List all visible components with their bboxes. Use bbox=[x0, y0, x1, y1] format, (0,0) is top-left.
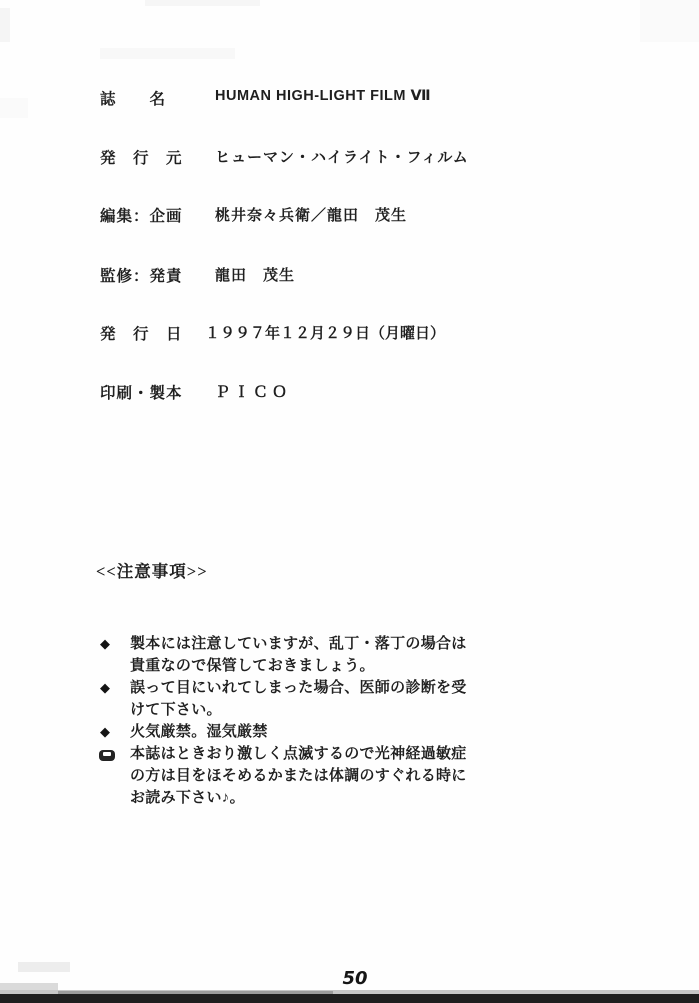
list-item: 本誌はときおり激しく点滅するので光神経過敏症 の方は目をほそめるかまたは体調のす… bbox=[130, 743, 475, 809]
field-value-supervisor: 龍田 茂生 bbox=[215, 264, 295, 285]
scan-artifact bbox=[18, 962, 70, 972]
colophon-row-editors: 編集：企画 桃井奈々兵衛／龍田 茂生 bbox=[0, 204, 699, 224]
note-text: の方は目をほそめるかまたは体調のすぐれる時に bbox=[130, 765, 475, 787]
note-text: お読み下さい♪。 bbox=[130, 787, 475, 809]
diamond-bullet-icon: ◆ bbox=[100, 724, 110, 740]
scan-edge-black-bar bbox=[0, 994, 699, 1003]
page-number: 50 bbox=[320, 968, 390, 989]
eye-icon-slot bbox=[103, 752, 111, 756]
list-item: ◆ 火気厳禁。湿気厳禁 bbox=[130, 721, 475, 743]
note-text: 貴重なので保管しておきましょう。 bbox=[130, 655, 475, 677]
diamond-bullet-icon: ◆ bbox=[100, 636, 110, 652]
note-text: 火気厳禁。湿気厳禁 bbox=[130, 721, 475, 743]
notes-heading: <<注意事項>> bbox=[96, 558, 208, 582]
field-value-magazine-title: HUMAN HIGH-LIGHT FILM Ⅶ bbox=[215, 88, 431, 104]
notes-list: ◆ 製本には注意していますが、乱丁・落丁の場合は 貴重なので保管しておきましょう… bbox=[130, 633, 475, 809]
colophon-row-supervisor: 監修：発責 龍田 茂生 bbox=[0, 264, 699, 284]
field-label: 発 行 日 bbox=[100, 322, 183, 344]
scan-artifact bbox=[0, 8, 10, 42]
scan-artifact bbox=[100, 48, 235, 59]
field-value-printer: ＰＩＣＯ bbox=[215, 381, 291, 402]
field-label: 監修：発責 bbox=[100, 264, 183, 286]
list-item: ◆ 製本には注意していますが、乱丁・落丁の場合は 貴重なので保管しておきましょう… bbox=[130, 633, 475, 677]
field-label: 誌 名 bbox=[100, 87, 166, 109]
note-text: けて下さい。 bbox=[130, 699, 475, 721]
note-text: 本誌はときおり激しく点滅するので光神経過敏症 bbox=[130, 743, 475, 765]
colophon-row-publisher: 発 行 元 ヒューマン・ハイライト・フィルム bbox=[0, 146, 699, 166]
scanned-colophon-page: 誌 名 HUMAN HIGH-LIGHT FILM Ⅶ 発 行 元 ヒューマン・… bbox=[0, 0, 699, 1003]
colophon-row-printer: 印刷・製本 ＰＩＣＯ bbox=[0, 381, 699, 401]
note-text: 製本には注意していますが、乱丁・落丁の場合は bbox=[130, 633, 475, 655]
field-label: 編集：企画 bbox=[100, 204, 183, 226]
field-value-publish-date: １９９７年１２月２９日（月曜日） bbox=[205, 322, 445, 343]
field-label: 発 行 元 bbox=[100, 146, 183, 168]
scan-artifact bbox=[145, 0, 260, 6]
colophon-row-publish-date: 発 行 日 １９９７年１２月２９日（月曜日） bbox=[0, 322, 699, 342]
field-value-editors: 桃井奈々兵衛／龍田 茂生 bbox=[215, 204, 407, 225]
field-label: 印刷・製本 bbox=[100, 381, 183, 403]
list-item: ◆ 誤って目にいれてしまった場合、医師の診断を受 けて下さい。 bbox=[130, 677, 475, 721]
note-text: 誤って目にいれてしまった場合、医師の診断を受 bbox=[130, 677, 475, 699]
field-value-publisher: ヒューマン・ハイライト・フィルム bbox=[215, 146, 469, 167]
eye-icon bbox=[99, 750, 115, 761]
colophon-row-title: 誌 名 HUMAN HIGH-LIGHT FILM Ⅶ bbox=[0, 87, 699, 107]
scan-artifact bbox=[640, 0, 699, 42]
diamond-bullet-icon: ◆ bbox=[100, 680, 110, 696]
